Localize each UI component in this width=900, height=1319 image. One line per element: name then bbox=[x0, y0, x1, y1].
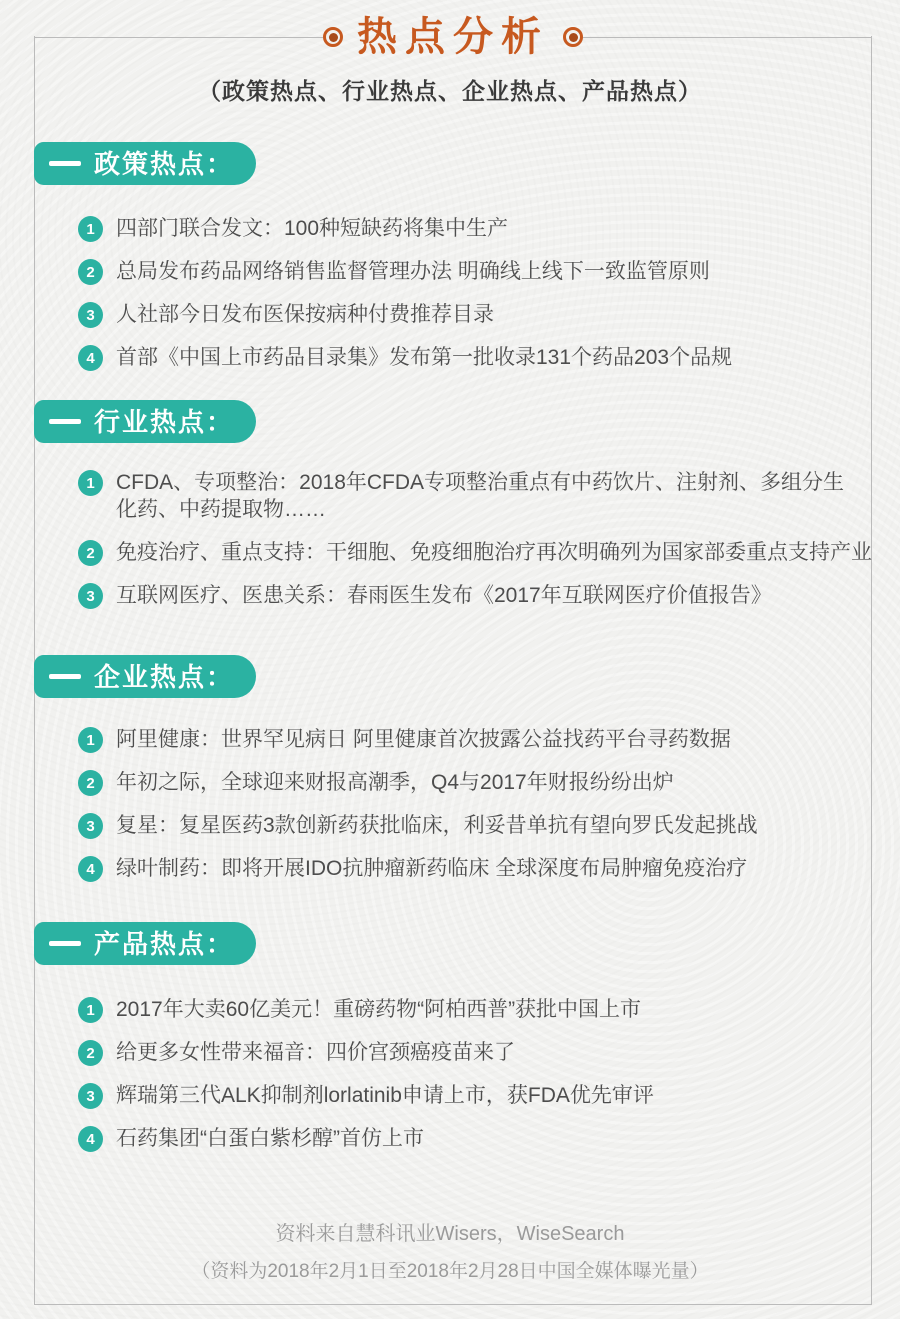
dash-icon bbox=[49, 161, 81, 166]
item-text: 复星：复星医药3款创新药获批临床，利妥昔单抗有望向罗氏发起挑战 bbox=[116, 812, 758, 839]
section-items: 1 四部门联合发文：100种短缺药将集中生产 2 总局发布药品网络销售监督管理办… bbox=[34, 215, 872, 371]
list-item: 4 石药集团“白蛋白紫杉醇”首仿上市 bbox=[78, 1125, 872, 1152]
section-product: 产品热点： 1 2017年大卖60亿美元！重磅药物“阿柏西普”获批中国上市 2 … bbox=[34, 922, 872, 1168]
item-text: 人社部今日发布医保按病种付费推荐目录 bbox=[116, 301, 494, 328]
list-item: 2 总局发布药品网络销售监督管理办法 明确线上线下一致监管原则 bbox=[78, 258, 872, 285]
section-items: 1 阿里健康：世界罕见病日 阿里健康首次披露公益找药平台寻药数据 2 年初之际，… bbox=[34, 726, 872, 882]
item-text: 绿叶制药：即将开展IDO抗肿瘤新药临床 全球深度布局肿瘤免疫治疗 bbox=[116, 855, 747, 882]
source-footer: 资料来自慧科讯业Wisers，WiseSearch （资料为2018年2月1日至… bbox=[0, 1222, 900, 1284]
item-number-badge: 1 bbox=[78, 997, 103, 1023]
list-item: 2 年初之际，全球迎来财报高潮季，Q4与2017年财报纷纷出炉 bbox=[78, 769, 872, 796]
section-label: 政策热点： bbox=[94, 151, 234, 177]
bullet-dot-icon bbox=[569, 33, 578, 42]
list-item: 4 绿叶制药：即将开展IDO抗肿瘤新药临床 全球深度布局肿瘤免疫治疗 bbox=[78, 855, 872, 882]
section-label: 产品热点： bbox=[94, 931, 234, 957]
hotspot-analysis-poster: 热点分析 （政策热点、行业热点、企业热点、产品热点） 政策热点： 1 四部门联合… bbox=[0, 0, 900, 1319]
item-number-badge: 2 bbox=[78, 770, 103, 796]
item-text: 总局发布药品网络销售监督管理办法 明确线上线下一致监管原则 bbox=[116, 258, 710, 285]
item-text: 给更多女性带来福音：四价宫颈癌疫苗来了 bbox=[116, 1039, 515, 1066]
title-row: 热点分析 bbox=[34, 15, 872, 59]
item-text: 2017年大卖60亿美元！重磅药物“阿柏西普”获批中国上市 bbox=[116, 996, 641, 1023]
item-number-badge: 1 bbox=[78, 470, 103, 496]
item-text: 互联网医疗、医患关系：春雨医生发布《2017年互联网医疗价值报告》 bbox=[116, 582, 772, 609]
item-text: CFDA、专项整治：2018年CFDA专项整治重点有中药饮片、注射剂、多组分生 … bbox=[116, 469, 844, 523]
list-item: 3 辉瑞第三代ALK抑制剂lorlatinib申请上市，获FDA优先审评 bbox=[78, 1082, 872, 1109]
item-number-badge: 1 bbox=[78, 727, 103, 753]
bullet-dot-icon bbox=[329, 33, 338, 42]
dash-icon bbox=[49, 419, 81, 424]
section-label: 企业热点： bbox=[94, 664, 234, 690]
list-item: 3 人社部今日发布医保按病种付费推荐目录 bbox=[78, 301, 872, 328]
section-items: 1 CFDA、专项整治：2018年CFDA专项整治重点有中药饮片、注射剂、多组分… bbox=[34, 469, 872, 609]
item-text: 首部《中国上市药品目录集》发布第一批收录131个药品203个品规 bbox=[116, 344, 732, 371]
section-enterprise: 企业热点： 1 阿里健康：世界罕见病日 阿里健康首次披露公益找药平台寻药数据 2… bbox=[34, 655, 872, 898]
bullet-ring-left-icon bbox=[323, 27, 343, 47]
source-line: 资料来自慧科讯业Wisers，WiseSearch bbox=[0, 1222, 900, 1246]
item-text: 石药集团“白蛋白紫杉醇”首仿上市 bbox=[116, 1125, 424, 1152]
section-policy: 政策热点： 1 四部门联合发文：100种短缺药将集中生产 2 总局发布药品网络销… bbox=[34, 142, 872, 387]
list-item: 3 互联网医疗、医患关系：春雨医生发布《2017年互联网医疗价值报告》 bbox=[78, 582, 872, 609]
item-number-badge: 2 bbox=[78, 259, 103, 285]
section-items: 1 2017年大卖60亿美元！重磅药物“阿柏西普”获批中国上市 2 给更多女性带… bbox=[34, 996, 872, 1152]
frame-border-bottom bbox=[34, 1304, 872, 1305]
item-number-badge: 4 bbox=[78, 856, 103, 882]
item-number-badge: 3 bbox=[78, 583, 103, 609]
list-item: 1 阿里健康：世界罕见病日 阿里健康首次披露公益找药平台寻药数据 bbox=[78, 726, 872, 753]
list-item: 2 免疫治疗、重点支持：干细胞、免疫细胞治疗再次明确列为国家部委重点支持产业 bbox=[78, 539, 872, 566]
item-number-badge: 3 bbox=[78, 813, 103, 839]
item-number-badge: 4 bbox=[78, 345, 103, 371]
section-header-policy: 政策热点： bbox=[34, 142, 256, 185]
dash-icon bbox=[49, 941, 81, 946]
item-number-badge: 4 bbox=[78, 1126, 103, 1152]
page-subtitle: （政策热点、行业热点、企业热点、产品热点） bbox=[0, 73, 900, 106]
item-text: 四部门联合发文：100种短缺药将集中生产 bbox=[116, 215, 508, 242]
title-line-left bbox=[34, 37, 323, 38]
item-text: 阿里健康：世界罕见病日 阿里健康首次披露公益找药平台寻药数据 bbox=[116, 726, 731, 753]
item-number-badge: 2 bbox=[78, 540, 103, 566]
item-number-badge: 3 bbox=[78, 302, 103, 328]
item-number-badge: 2 bbox=[78, 1040, 103, 1066]
item-text: 辉瑞第三代ALK抑制剂lorlatinib申请上市，获FDA优先审评 bbox=[116, 1082, 654, 1109]
item-number-badge: 1 bbox=[78, 216, 103, 242]
list-item: 3 复星：复星医药3款创新药获批临床，利妥昔单抗有望向罗氏发起挑战 bbox=[78, 812, 872, 839]
section-header-product: 产品热点： bbox=[34, 922, 256, 965]
section-industry: 行业热点： 1 CFDA、专项整治：2018年CFDA专项整治重点有中药饮片、注… bbox=[34, 400, 872, 625]
item-text: 年初之际，全球迎来财报高潮季，Q4与2017年财报纷纷出炉 bbox=[116, 769, 674, 796]
list-item: 4 首部《中国上市药品目录集》发布第一批收录131个药品203个品规 bbox=[78, 344, 872, 371]
section-header-industry: 行业热点： bbox=[34, 400, 256, 443]
list-item: 2 给更多女性带来福音：四价宫颈癌疫苗来了 bbox=[78, 1039, 872, 1066]
item-text: 免疫治疗、重点支持：干细胞、免疫细胞治疗再次明确列为国家部委重点支持产业 bbox=[116, 539, 872, 566]
source-date-range: （资料为2018年2月1日至2018年2月28日中国全媒体曝光量） bbox=[0, 1260, 900, 1284]
bullet-ring-right-icon bbox=[563, 27, 583, 47]
section-label: 行业热点： bbox=[94, 409, 234, 435]
section-header-enterprise: 企业热点： bbox=[34, 655, 256, 698]
title-line-right bbox=[583, 37, 872, 38]
list-item: 1 CFDA、专项整治：2018年CFDA专项整治重点有中药饮片、注射剂、多组分… bbox=[78, 469, 872, 523]
list-item: 1 四部门联合发文：100种短缺药将集中生产 bbox=[78, 215, 872, 242]
page-title: 热点分析 bbox=[357, 15, 549, 59]
item-number-badge: 3 bbox=[78, 1083, 103, 1109]
list-item: 1 2017年大卖60亿美元！重磅药物“阿柏西普”获批中国上市 bbox=[78, 996, 872, 1023]
dash-icon bbox=[49, 674, 81, 679]
